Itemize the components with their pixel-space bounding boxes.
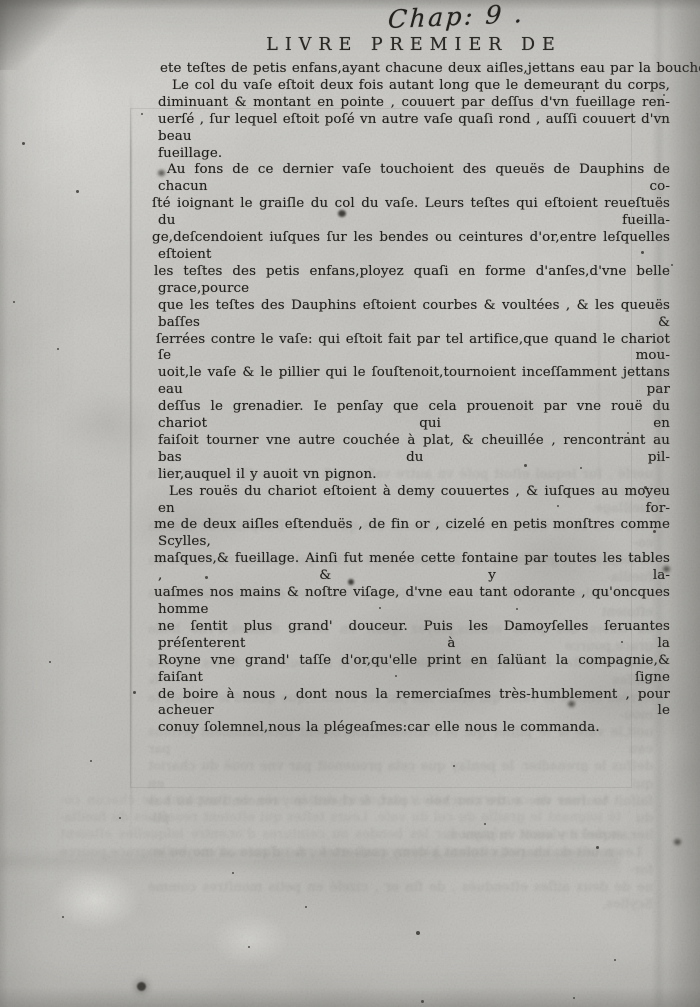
- ink-speck: [119, 817, 121, 819]
- ink-speck: [557, 505, 559, 507]
- ink-speck: [583, 90, 585, 92]
- text-line: ge,deſcendoient iuſques ſur les bendes o…: [60, 826, 620, 843]
- ink-speck: [305, 906, 307, 908]
- ink-speck: [76, 190, 79, 193]
- ink-speck: [248, 946, 250, 948]
- ink-speck: [395, 675, 397, 677]
- ink-speck: [22, 142, 25, 145]
- ink-speck: [644, 486, 647, 489]
- ink-speck: [614, 959, 616, 961]
- ink-speck: [13, 301, 15, 303]
- text-line: Royne vne grand' taſſe d'or,qu'elle prin…: [158, 653, 670, 687]
- text-line: que les teſtes des Dauphins eſtoient cou…: [158, 298, 670, 332]
- ink-speck: [627, 432, 629, 434]
- text-line: les teſtes des petis enfans,ployez quaſi…: [60, 844, 620, 861]
- ink-blot: [338, 210, 346, 217]
- scanned-book-page: uerſé , ſur lequel eſtoit poſé vn autre …: [0, 0, 700, 1007]
- text-line: ge,deſcendoient iuſques ſur les bendes o…: [158, 230, 670, 264]
- ink-speck: [516, 608, 518, 610]
- page-edge-left: [0, 0, 8, 1007]
- fold-crease: [130, 92, 132, 852]
- ink-speck: [379, 607, 381, 609]
- text-line: uaſmes nos mains & noſtre viſage, d'vne …: [158, 585, 670, 619]
- text-line: Au fons de ce dernier vaſe touchoient de…: [158, 162, 670, 196]
- ink-speck: [416, 931, 420, 935]
- text-line: Les rouës du chariot eſtoient à demy cou…: [158, 484, 670, 518]
- text-line: conuy ſolemnel,nous la plégeaſmes:car el…: [158, 720, 670, 737]
- text-line: ſerrées contre le vaſe: qui eſtoit fait …: [158, 332, 670, 366]
- ink-speck: [621, 641, 623, 643]
- text-line: diminuant & montant en pointe , couuert …: [158, 95, 670, 112]
- text-line: de boire à nous , dont nous la remerciaſ…: [158, 687, 670, 721]
- text-line: uoit,le vaſe & le pillier qui le ſouſten…: [158, 365, 670, 399]
- text-line: deſſus le grenadier. Ie penſay que cela …: [148, 758, 653, 792]
- text-line: fueillage.: [158, 146, 670, 163]
- text-line: Au fons de ce dernier vaſe touchoient de…: [60, 792, 620, 809]
- ink-smudge: [158, 170, 165, 176]
- ink-speck: [141, 113, 143, 115]
- ink-speck: [524, 464, 527, 467]
- ink-speck: [205, 576, 208, 579]
- ink-speck: [484, 823, 486, 825]
- text-line: ete teſtes de petis enfans,ayant chacune…: [158, 61, 670, 78]
- ink-speck: [62, 916, 64, 918]
- ink-speck: [596, 846, 599, 849]
- body-text: ete teſtes de petis enfans,ayant chacune…: [158, 61, 670, 737]
- text-line: me de deux aiſles eſtenduës , de fin or …: [148, 879, 653, 913]
- text-line: deſſus le grenadier. Ie penſay que cela …: [158, 399, 670, 433]
- ink-speck: [49, 661, 51, 663]
- ink-speck: [133, 691, 136, 694]
- page-edge-bottom: [0, 987, 700, 1007]
- ink-speck: [580, 467, 582, 469]
- text-line: ſté ioignant le graiſle du col du vaſe. …: [60, 809, 620, 826]
- ink-speck: [90, 760, 92, 762]
- text-line: maſques,& fueillage. Ainſi fut menée cet…: [158, 551, 670, 585]
- ink-speck: [453, 765, 455, 767]
- text-line: ne ſentit plus grand' douceur. Puis les …: [158, 619, 670, 653]
- text-line: Le col du vaſe eſtoit deux fois autant l…: [158, 78, 670, 95]
- ink-smudge: [568, 701, 575, 707]
- page-edge-right: [662, 0, 700, 1007]
- text-line: ſté ioignant le graiſle du col du vaſe. …: [158, 196, 670, 230]
- text-line: lier,auquel il y auoit vn pignon.: [158, 467, 670, 484]
- ink-speck: [57, 348, 59, 350]
- running-header: LIVRE PREMIER DE: [158, 35, 670, 55]
- ink-blot: [348, 579, 354, 585]
- text-line: me de deux aiſles eſtenduës , de fin or …: [158, 517, 670, 551]
- ink-speck: [641, 251, 644, 254]
- page-corner-shadow: [0, 0, 95, 70]
- text-line: les teſtes des petis enfans,ployez quaſi…: [158, 264, 670, 298]
- show-through-text-lower: Au fons de ce dernier vaſe touchoient de…: [60, 792, 620, 861]
- page-edge-top: [0, 0, 700, 10]
- ink-speck: [232, 872, 234, 874]
- text-line: uerſé , ſur lequel eſtoit poſé vn autre …: [158, 112, 670, 146]
- text-line: faiſoit tourner vne autre couchée à plat…: [158, 433, 670, 467]
